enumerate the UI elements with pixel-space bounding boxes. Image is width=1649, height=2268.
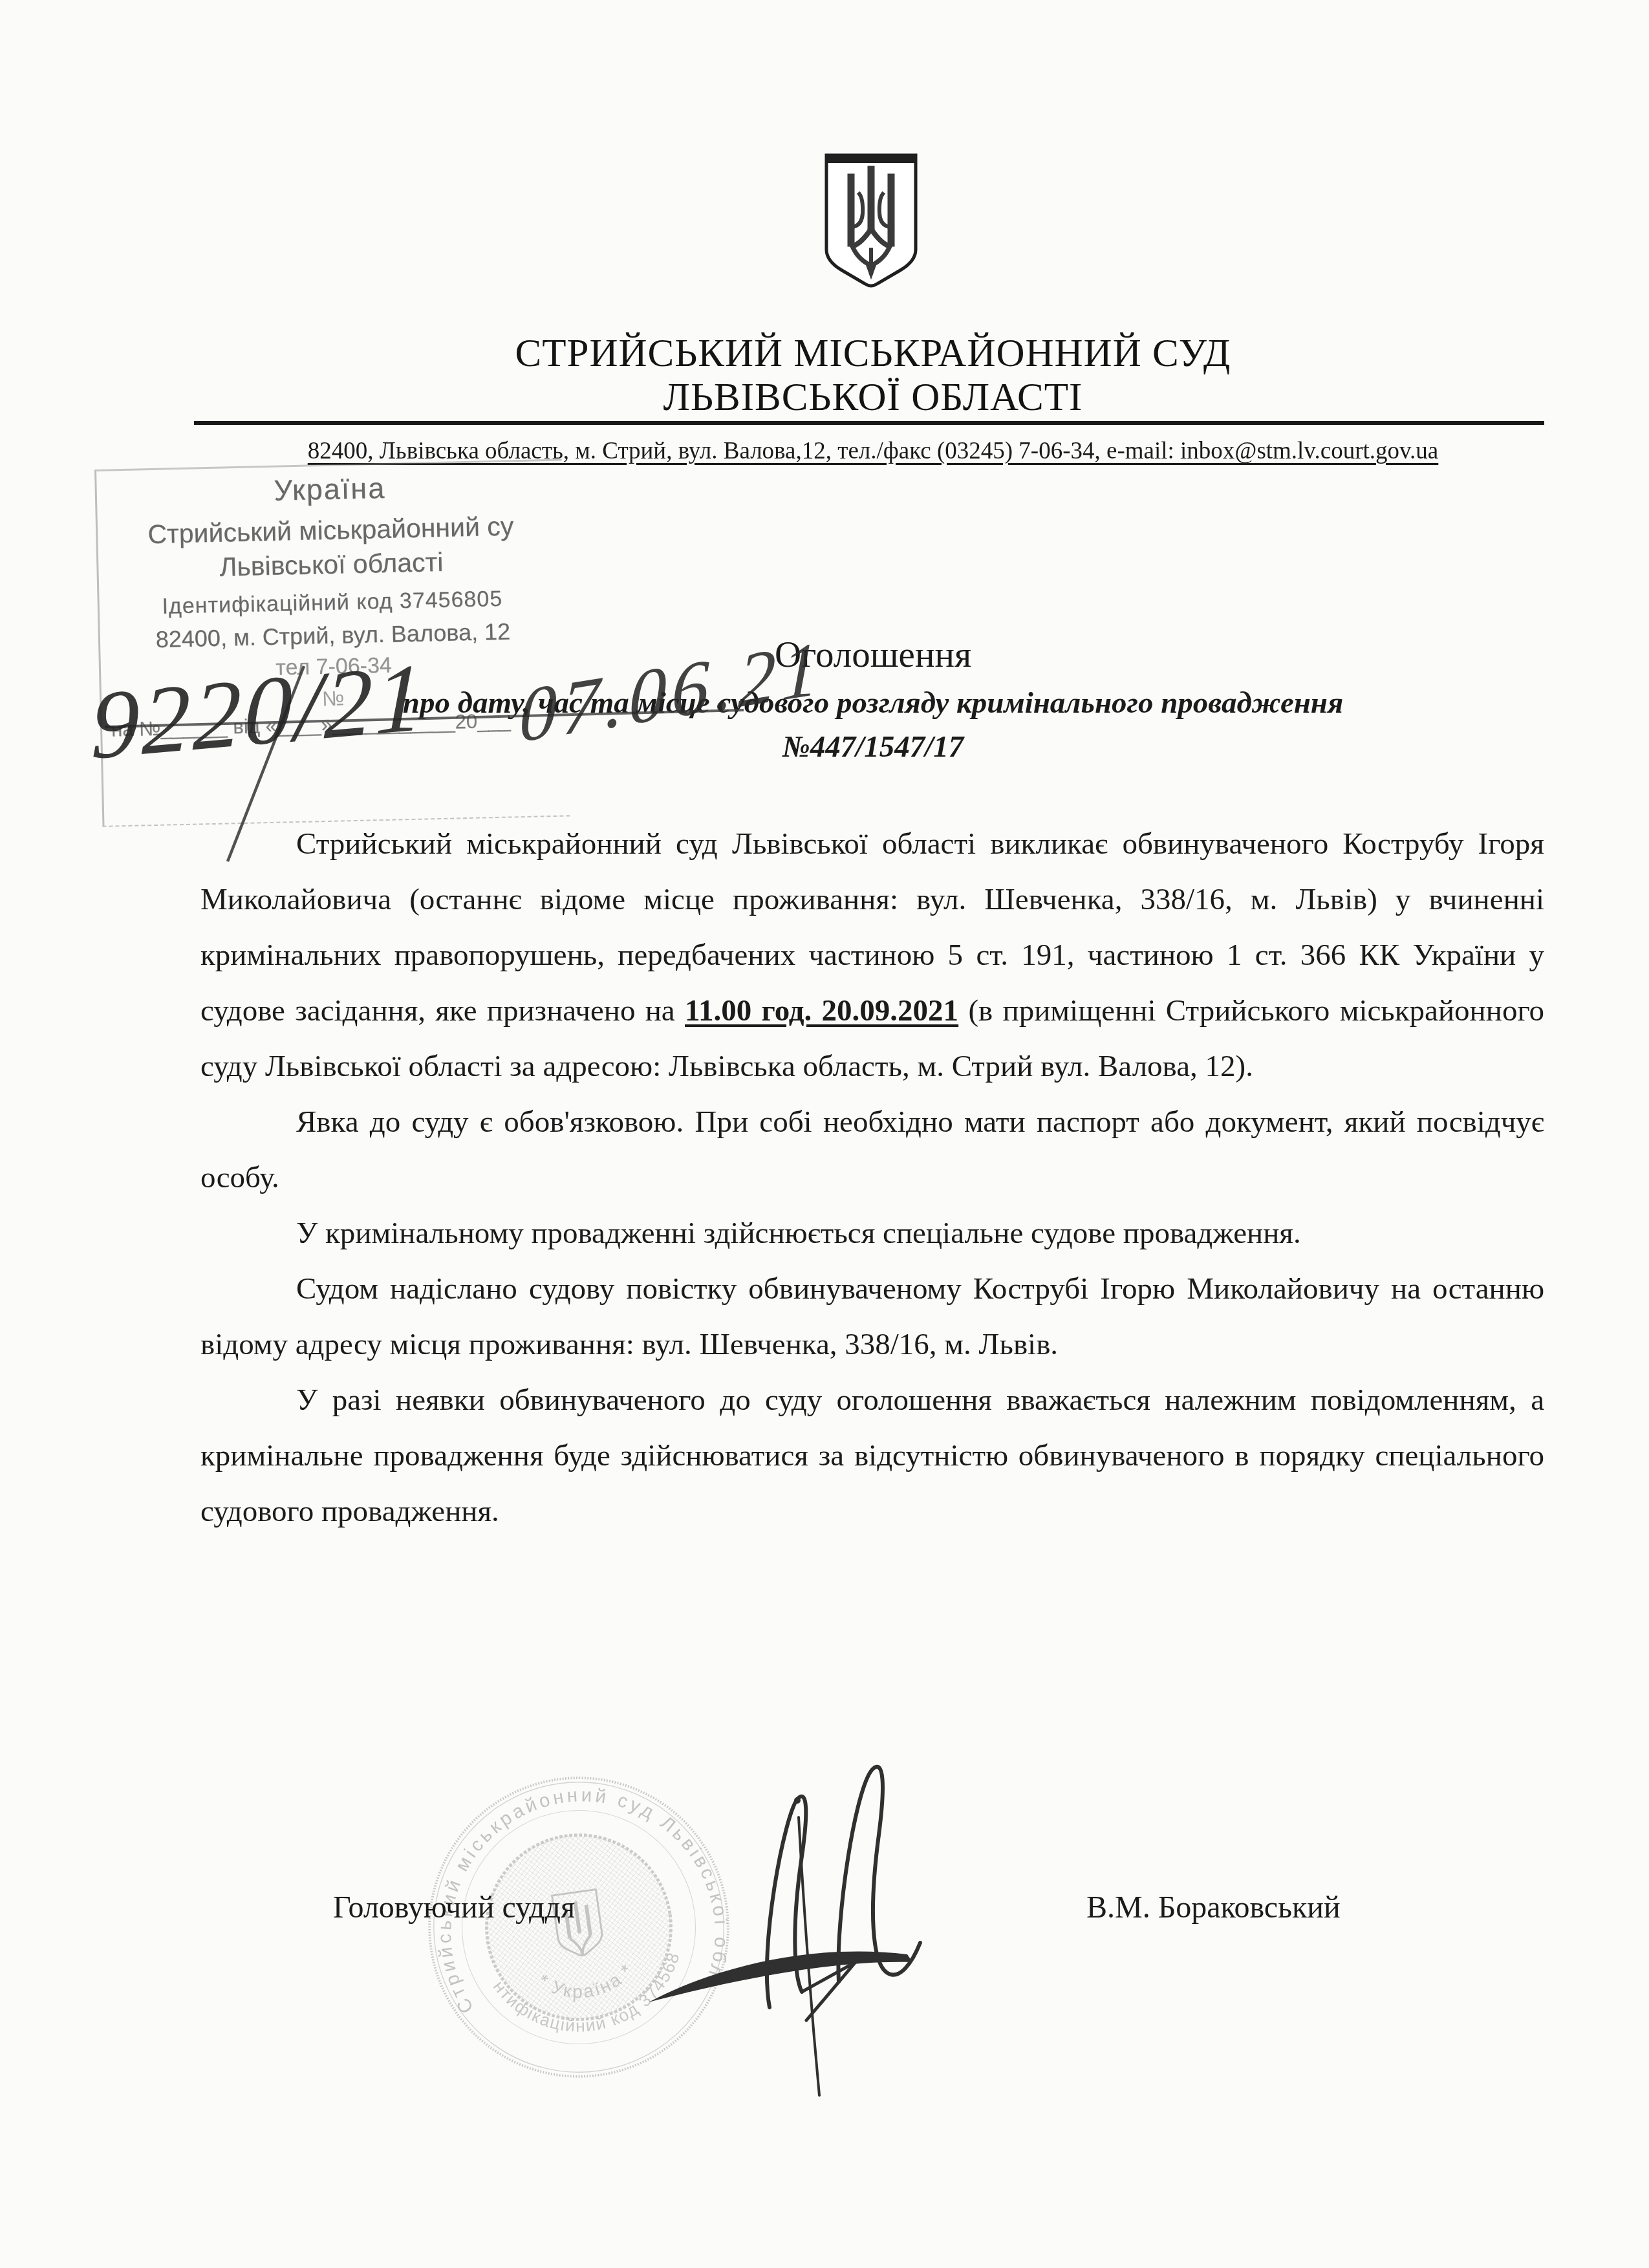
paragraph-5: У разі неявки обвинуваченого до суду ого… (200, 1372, 1544, 1539)
announcement-body: Стрийський міськрайонний суд Львівської … (200, 816, 1544, 1539)
hearing-datetime: 11.00 год. 20.09.2021 (685, 994, 958, 1028)
judge-name: В.М. Бораковський (1086, 1890, 1341, 1925)
presiding-judge-label: Головуючий суддя (333, 1890, 575, 1925)
stamp-country: Україна (96, 461, 563, 512)
court-email: inbox@stm.lv.court.gov.ua (1180, 438, 1438, 464)
address-text: 82400, Львівська область, м. Стрий, вул.… (308, 438, 1180, 464)
ukraine-trident-emblem-icon (823, 153, 920, 290)
document-page: СТРИЙСЬКИЙ МІСЬКРАЙОННИЙ СУД ЛЬВІВСЬКОЇ … (0, 0, 1649, 2268)
stamp-court-line1: Стрийський міськрайонний су (98, 510, 564, 551)
stamp-court-line2: Львівської області (98, 545, 565, 585)
paragraph-3: У кримінальному провадженні здійснюється… (200, 1205, 1544, 1261)
judge-signature (630, 1754, 1057, 2129)
paragraph-4: Судом надіслано судову повістку обвинува… (200, 1261, 1544, 1372)
paragraph-1: Стрийський міськрайонний суд Львівської … (200, 816, 1544, 1094)
court-name-line1: СТРИЙСЬКИЙ МІСЬКРАЙОННИЙ СУД (200, 331, 1546, 376)
stamp-id-code: Ідентифікаційний код 37456805 (99, 585, 565, 621)
paragraph-2: Явка до суду є обов'язковою. При собі не… (200, 1094, 1544, 1205)
court-name-line2: ЛЬВІВСЬКОЇ ОБЛАСТІ (200, 375, 1546, 420)
court-address-line: 82400, Львівська область, м. Стрий, вул.… (200, 437, 1546, 465)
header-divider (194, 421, 1544, 425)
